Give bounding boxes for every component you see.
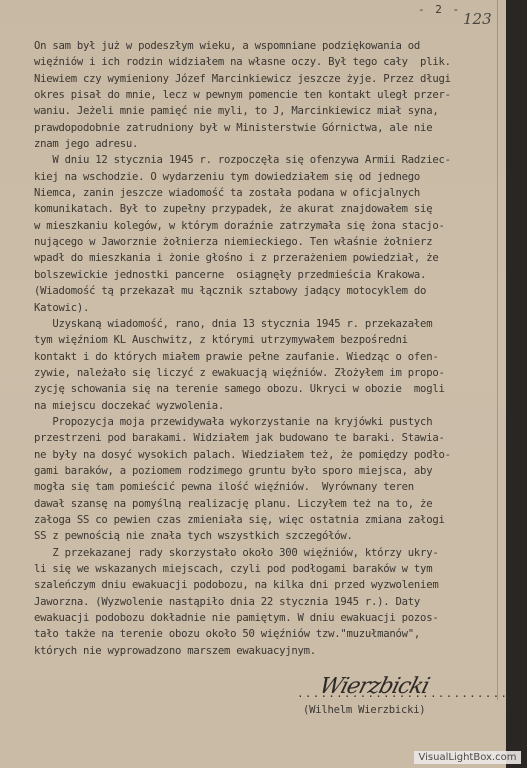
typewritten-text: On sam był już w podeszłym wieku, a wspo…	[34, 38, 504, 659]
text-line: tym więźniom KL Auschwitz, z którymi utr…	[34, 332, 504, 348]
text-line: gami baraków, a poziomem rodzimego grunt…	[34, 463, 504, 479]
text-line: (Wiadomość tą przekazał mu łącznik sztab…	[34, 283, 504, 299]
text-line: Uzyskaną wiadomość, rano, dnia 13 styczn…	[34, 316, 504, 332]
scan-edge-strip	[506, 0, 527, 768]
text-line: dawał szansę na pomyślną realizację plan…	[34, 496, 504, 512]
text-line: Jaworzna. (Wyzwolenie nastąpiło dnia 22 …	[34, 594, 504, 610]
text-line: li się we wskazanych miejscach, czyli po…	[34, 561, 504, 577]
text-line: Niemca, zanin jeszcze wiadomość ta zosta…	[34, 185, 504, 201]
text-line: On sam był już w podeszłym wieku, a wspo…	[34, 38, 504, 54]
text-line: znam jego adresu.	[34, 136, 504, 152]
text-line: komunikatach. Był to zupełny przypadek, …	[34, 201, 504, 217]
text-line: szaleńczym dniu ewakuacji podobozu, na k…	[34, 577, 504, 593]
text-line: W dniu 12 stycznia 1945 r. rozpoczęła si…	[34, 152, 504, 168]
text-line: załoga SS co pewien czas zmieniała się, …	[34, 512, 504, 528]
text-line: więźniów i ich rodzin widziałem na własn…	[34, 54, 504, 70]
text-line: waniu. Jeżeli mnie pamięć nie myli, to J…	[34, 103, 504, 119]
text-line: których nie wyprowadzono marszem ewakuac…	[34, 643, 504, 659]
text-line: zycję schowania się na terenie samego ob…	[34, 381, 504, 397]
text-line: ne były na dosyć wysokich palach. Wiedzi…	[34, 447, 504, 463]
text-line: kontakt i do których miałem prawie pełne…	[34, 349, 504, 365]
text-line: ewakuacji podobozu dokładnie nie pamięty…	[34, 610, 504, 626]
watermark-link[interactable]: VisualLightBox.com	[414, 751, 521, 764]
text-line: prawdopodobnie zatrudniony był w Ministe…	[34, 120, 504, 136]
signer-name: (Wilhelm Wierzbicki)	[303, 704, 425, 716]
archive-number: 123	[463, 10, 492, 28]
text-line: wpadł do mieszkania i żonie głośno i z p…	[34, 250, 504, 266]
text-line: na miejscu doczekać wyzwolenia.	[34, 398, 504, 414]
text-line: Katowic).	[34, 300, 504, 316]
text-line: Propozycja moja przewidywała wykorzystan…	[34, 414, 504, 430]
text-line: nującego w Jaworznie żołnierza niemiecki…	[34, 234, 504, 250]
text-line: okres pisał do mnie, lecz w pewnym pomen…	[34, 87, 504, 103]
text-line: w mieszkaniu kolegów, w którym doraźnie …	[34, 218, 504, 234]
text-line: mogła się tam pomieścić pewna ilość więź…	[34, 479, 504, 495]
text-line: Z przekazanej rady skorzystało około 300…	[34, 545, 504, 561]
text-line: Niewiem czy wymieniony Józef Marcinkiewi…	[34, 71, 504, 87]
text-line: kiej na wschodzie. O wydarzeniu tym dowi…	[34, 169, 504, 185]
text-line: tało także na terenie obozu około 50 wię…	[34, 626, 504, 642]
text-line: przestrzeni pod barakami. Widziałem jak …	[34, 430, 504, 446]
text-line: SS z pewnością nie znała tych wszystkich…	[34, 528, 504, 544]
signature-dotted-line: ...........................	[297, 687, 508, 700]
page-marker: - 2 -	[418, 3, 461, 16]
text-line: zywie, należało się liczyć z ewakuacją w…	[34, 365, 504, 381]
text-line: bolszewickie jednostki pancerne osiągnęł…	[34, 267, 504, 283]
